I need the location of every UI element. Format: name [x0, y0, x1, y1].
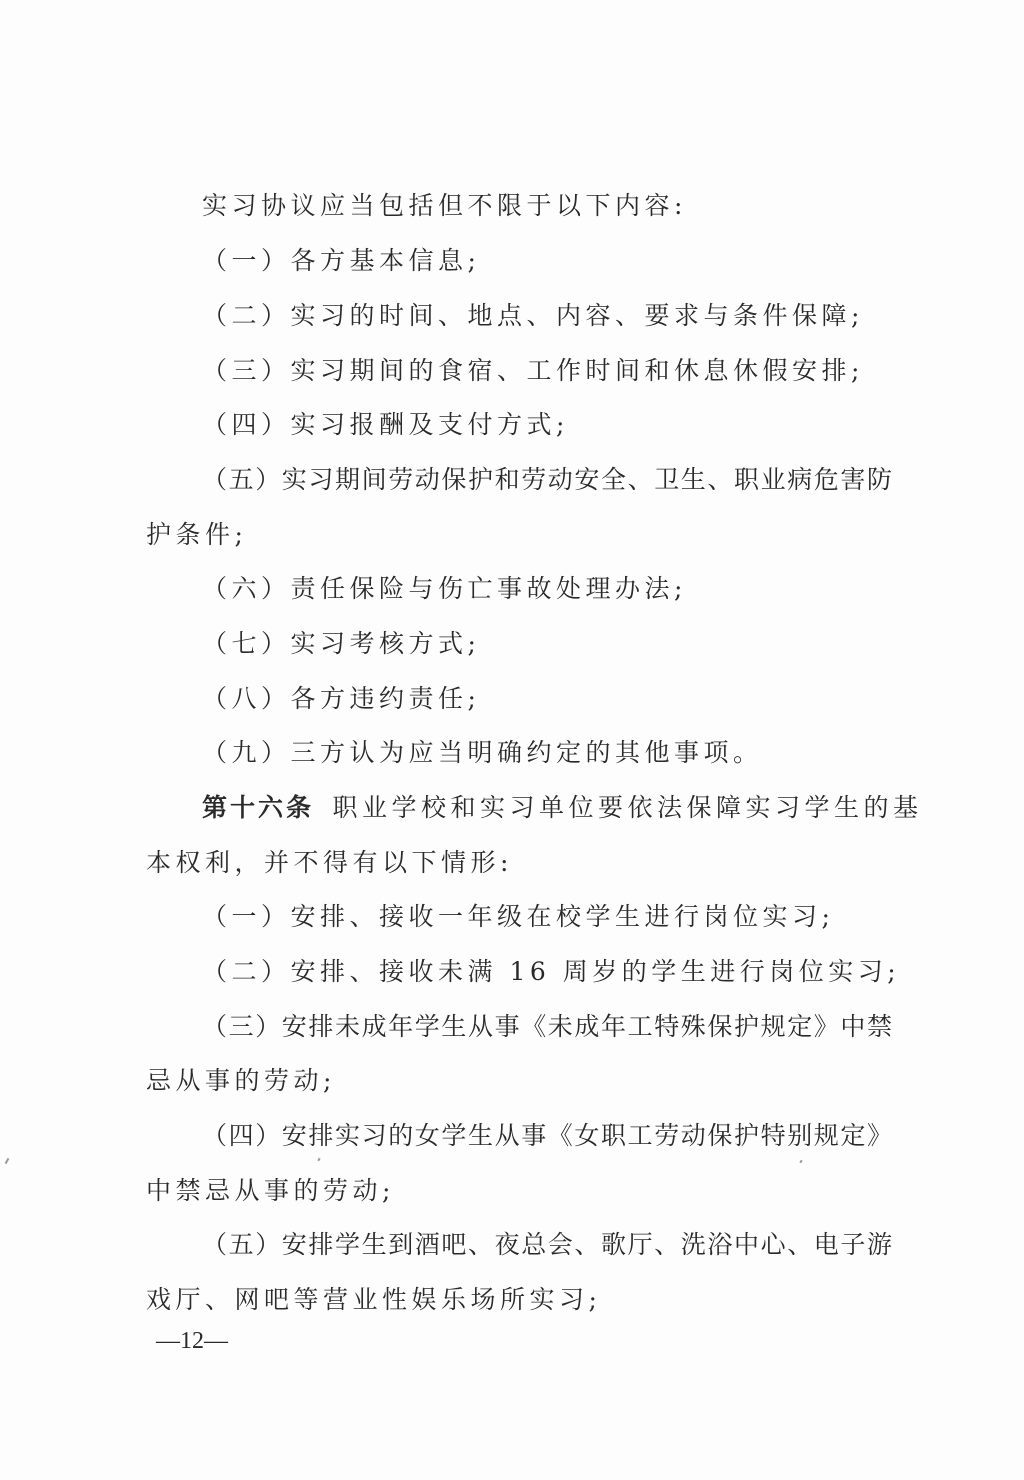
article-16-paragraph: 第十六条 职业学校和实习单位要依法保障实习学生的基 [202, 791, 972, 825]
list-item-1: （一）各方基本信息; [202, 244, 972, 278]
list-item-5-continued: 护条件; [146, 518, 916, 552]
prohibition-item-2: （二）安排、接收未满 16 周岁的学生进行岗位实习; [202, 955, 972, 989]
prohibition-item-3: （三）安排未成年学生从事《未成年工特殊保护规定》中禁 [202, 1010, 972, 1044]
list-item-9: （九）三方认为应当明确约定的其他事项。 [202, 736, 972, 770]
scan-speck [5, 1158, 10, 1164]
list-item-8: （八）各方违约责任; [202, 682, 972, 716]
article-label: 第十六条 [202, 793, 314, 822]
prohibition-item-5-continued: 戏厅、网吧等营业性娱乐场所实习; [146, 1283, 916, 1317]
document-page: 实习协议应当包括但不限于以下内容: （一）各方基本信息; （二）实习的时间、地点… [0, 0, 1024, 1480]
list-item-4: （四）实习报酬及支付方式; [202, 408, 972, 442]
list-item-3: （三）实习期间的食宿、工作时间和休息休假安排; [202, 354, 972, 388]
prohibition-item-5: （五）安排学生到酒吧、夜总会、歌厅、洗浴中心、电子游 [202, 1228, 972, 1262]
scan-speck [799, 1160, 802, 1164]
prohibition-item-3-continued: 忌从事的劳动; [146, 1064, 916, 1098]
list-item-7: （七）实习考核方式; [202, 627, 972, 661]
article-16-continued: 本权利，并不得有以下情形: [146, 846, 916, 880]
list-item-5: （五）实习期间劳动保护和劳动安全、卫生、职业病危害防 [202, 463, 972, 497]
prohibition-item-4: （四）安排实习的女学生从事《女职工劳动保护特别规定》 [202, 1119, 972, 1153]
list-item-2: （二）实习的时间、地点、内容、要求与条件保障; [202, 299, 972, 333]
page-number: —12— [156, 1326, 228, 1356]
prohibition-item-4-continued: 中禁忌从事的劳动; [146, 1174, 916, 1208]
article-text: 职业学校和实习单位要依法保障实习学生的基 [332, 793, 922, 822]
list-item-6: （六）责任保险与伤亡事故处理办法; [202, 572, 972, 606]
paragraph-intro: 实习协议应当包括但不限于以下内容: [202, 189, 972, 223]
prohibition-item-1: （一）安排、接收一年级在校学生进行岗位实习; [202, 900, 972, 934]
scan-speck [317, 1158, 320, 1162]
